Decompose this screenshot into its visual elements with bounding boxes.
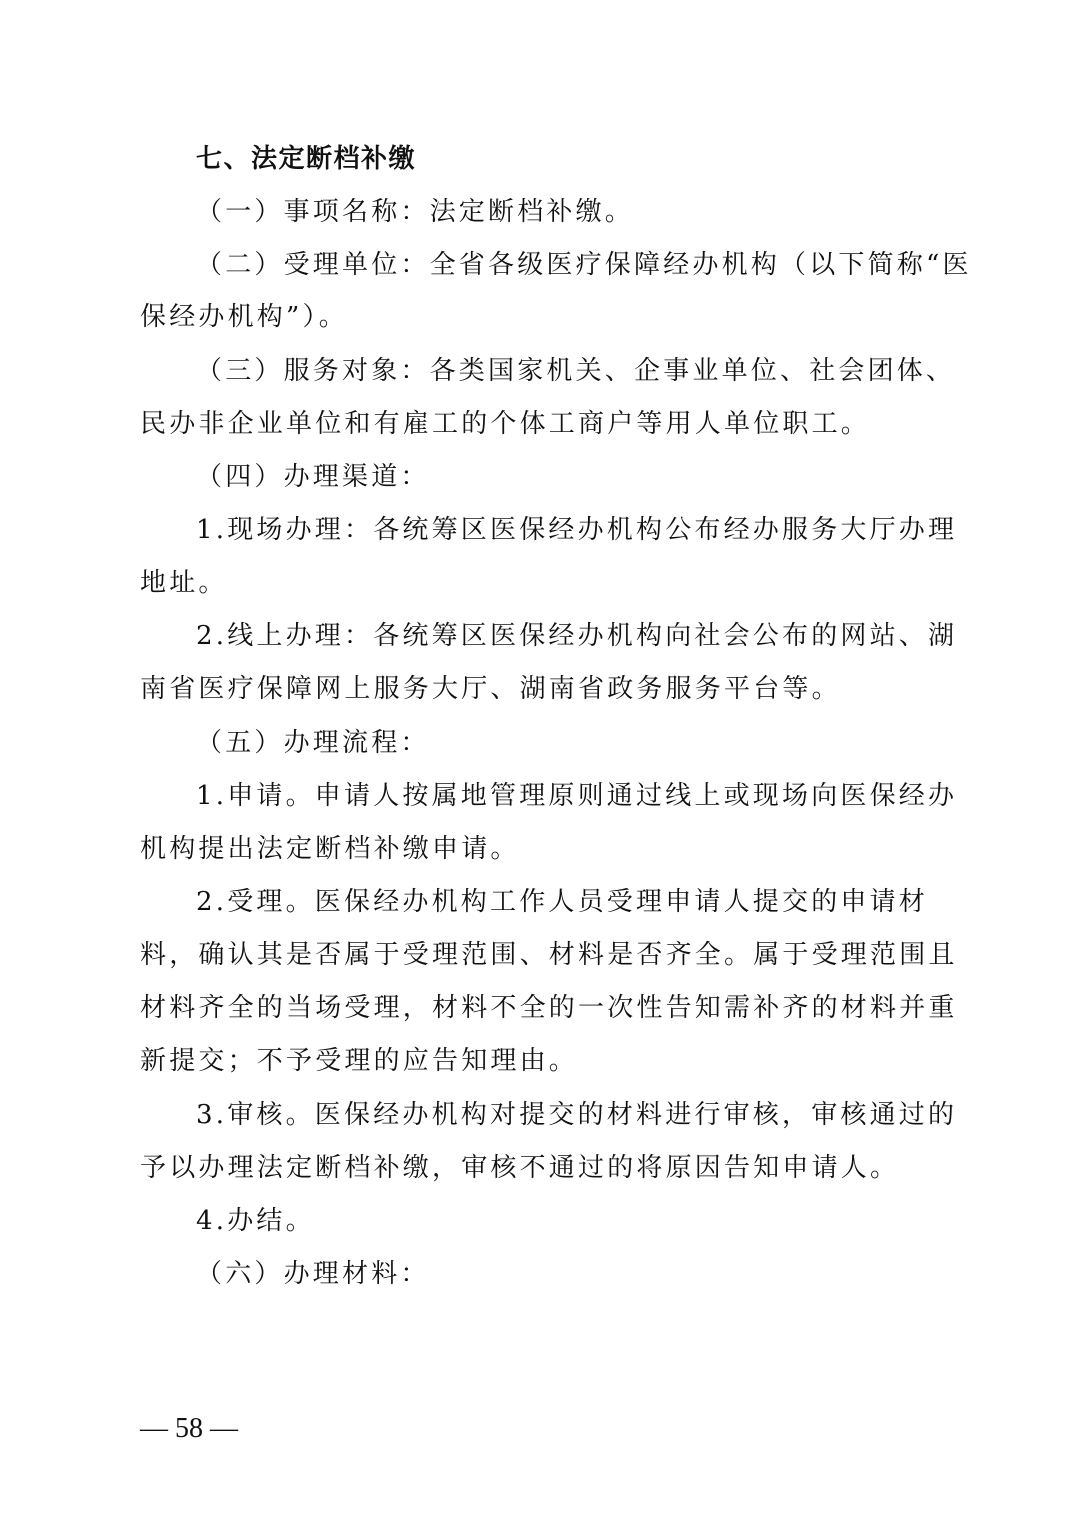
text-line: （三）服务对象：各类国家机关、企事业单位、社会团体、 [196,354,955,388]
text-line: 1.现场办理：各统筹区医保经办机构公布经办服务大厅办理 [196,513,957,547]
text-line: 1.申请。申请人按属地管理原则通过线上或现场向医保经办 [196,779,957,813]
text-line: 3.审核。医保经办机构对提交的材料进行审核，审核通过的 [196,1098,957,1132]
text-line: 南省医疗保障网上服务大厅、湖南省政务服务平台等。 [140,672,841,706]
text-line: 料，确认其是否属于受理范围、材料是否齐全。属于受理范围且 [140,938,958,972]
text-line: 机构提出法定断档补缴申请。 [140,832,520,866]
text-line: （二）受理单位：全省各级医疗保障经办机构（以下简称“医 [196,248,972,282]
page-number: — 58 — [140,1412,238,1446]
text-line: 地址。 [140,566,228,600]
text-line: （五）办理流程： [196,726,430,760]
text-line: （四）办理渠道： [196,460,430,494]
text-line: 新提交；不予受理的应告知理由。 [140,1044,578,1078]
text-line: 民办非企业单位和有雇工的个体工商户等用人单位职工。 [140,407,870,441]
text-line: （一）事项名称：法定断档补缴。 [196,195,634,229]
text-line: 2.受理。医保经办机构工作人员受理申请人提交的申请材 [196,885,928,919]
section-title: 七、法定断档补缴 [196,142,416,176]
text-line: 保经办机构”）。 [140,300,348,334]
text-line: 材料齐全的当场受理，材料不全的一次性告知需补齐的材料并重 [140,991,958,1025]
text-line: （六）办理材料： [196,1257,430,1291]
text-line: 2.线上办理：各统筹区医保经办机构向社会公布的网站、湖 [196,619,957,653]
text-line: 4.办结。 [196,1204,315,1238]
text-line: 予以办理法定断档补缴，审核不通过的将原因告知申请人。 [140,1151,899,1185]
